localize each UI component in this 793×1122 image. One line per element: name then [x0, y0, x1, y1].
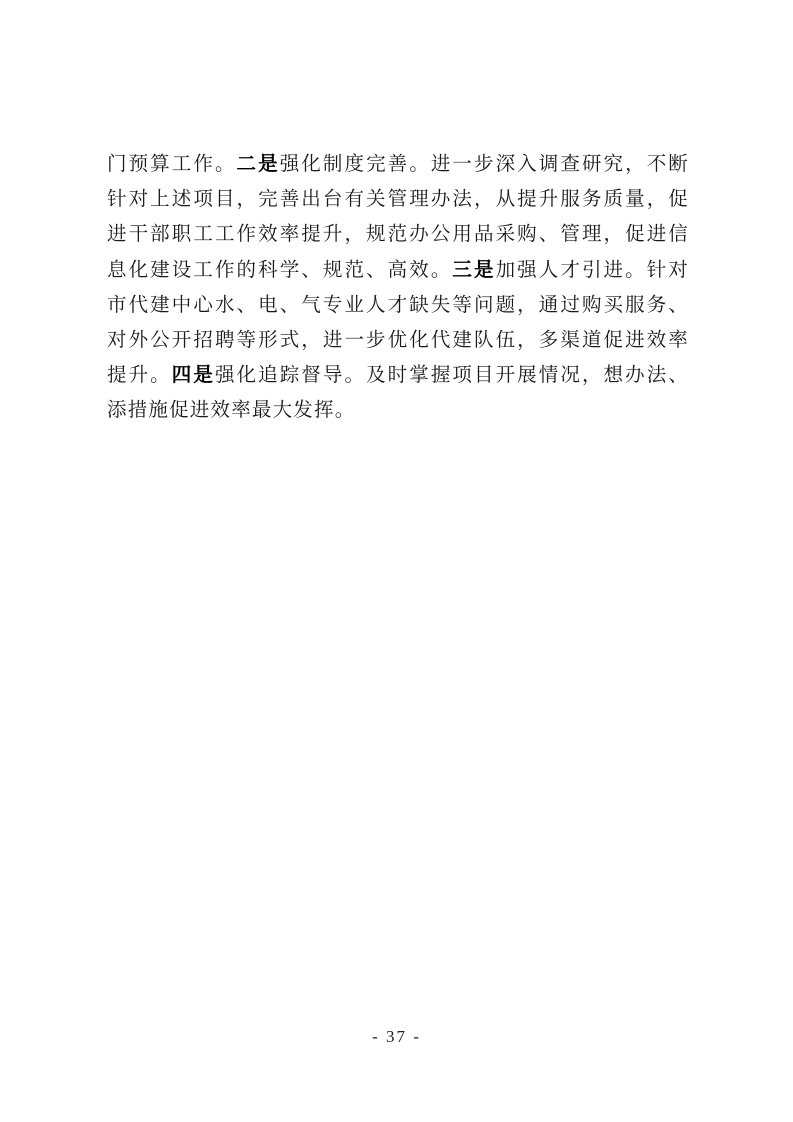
text-line: 进干部职工工作效率提升，规范办公用品采购、管理，促进信	[107, 216, 689, 251]
text-line: 息化建设工作的科学、规范、高效。三是加强人才引进。针对	[107, 252, 689, 287]
text-run: 对外公开招聘等形式，进一步优化代建队伍，多渠道促进效率	[107, 328, 689, 351]
text-run: 提升。	[107, 363, 172, 386]
text-run: 门预算工作。	[107, 152, 237, 175]
text-run: 添措施促进效率最大发挥。	[107, 398, 355, 421]
text-run: 强化追踪督导。及时掌握项目开展情况，想办法、	[215, 363, 689, 386]
text-run: 进干部职工工作效率提升，规范办公用品采购、管理，促进信	[107, 222, 689, 245]
page-number: - 37 -	[0, 1027, 793, 1047]
text-run: 针对上述项目，完善出台有关管理办法，从提升服务质量，促	[107, 187, 689, 210]
text-line: 提升。四是强化追踪督导。及时掌握项目开展情况，想办法、	[107, 357, 689, 392]
bold-heading-run: 三是	[452, 258, 495, 281]
text-line: 市代建中心水、电、气专业人才缺失等问题，通过购买服务、	[107, 287, 689, 322]
text-line: 针对上述项目，完善出台有关管理办法，从提升服务质量，促	[107, 181, 689, 216]
text-line: 添措施促进效率最大发挥。	[107, 392, 697, 427]
bold-heading-run: 二是	[237, 152, 280, 175]
document-page: 门预算工作。二是强化制度完善。进一步深入调查研究，不断 针对上述项目，完善出台有…	[0, 0, 793, 1122]
text-line: 门预算工作。二是强化制度完善。进一步深入调查研究，不断	[107, 146, 689, 181]
text-run: 强化制度完善。进一步深入调查研究，不断	[280, 152, 689, 175]
text-line: 对外公开招聘等形式，进一步优化代建队伍，多渠道促进效率	[107, 322, 689, 357]
body-paragraph: 门预算工作。二是强化制度完善。进一步深入调查研究，不断 针对上述项目，完善出台有…	[107, 146, 697, 428]
text-run: 息化建设工作的科学、规范、高效。	[107, 258, 452, 281]
bold-heading-run: 四是	[172, 363, 215, 386]
text-run: 市代建中心水、电、气专业人才缺失等问题，通过购买服务、	[107, 293, 689, 316]
text-run: 加强人才引进。针对	[496, 258, 689, 281]
